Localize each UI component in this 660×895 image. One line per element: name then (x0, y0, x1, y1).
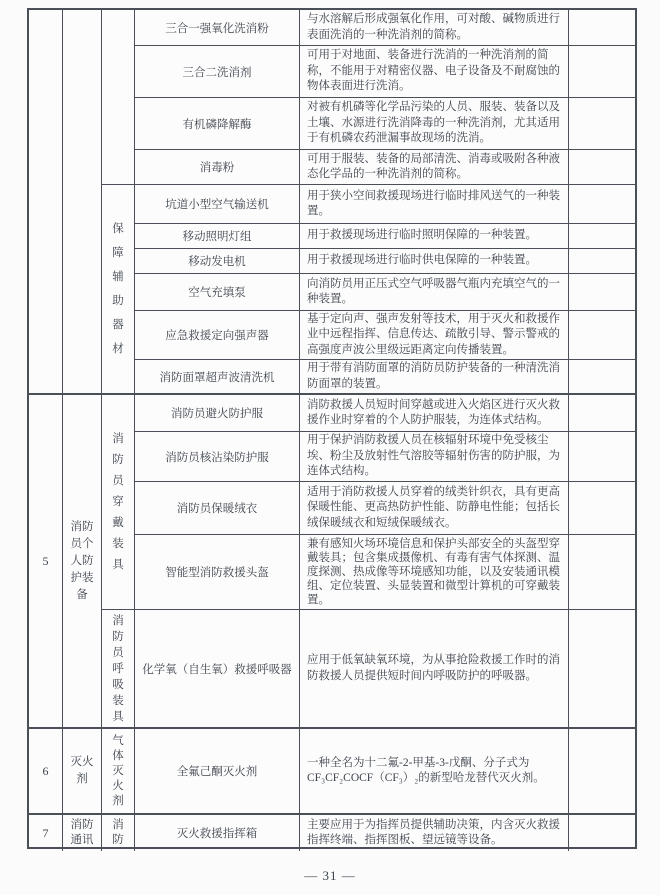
section-number-cell: 7 (29, 815, 63, 851)
remarks-cell (569, 815, 635, 851)
section-number-cell: 6 (29, 729, 63, 815)
subcategory-cell (102, 10, 135, 185)
category-cell: 消防员个人防护装备 (63, 395, 102, 729)
item-name-cell: 全氟己酮灭火剂 (135, 729, 300, 815)
remarks-cell (569, 249, 635, 274)
page-number: — 31 — (0, 868, 660, 884)
description-cell: 可用于服装、装备的局部清洗、消毒或吸附各种液态化学品的一种洗消剂的简称。 (300, 150, 569, 185)
subcategory-cell: 保障辅助器材 (102, 185, 135, 395)
equipment-table: 保障辅助器材 5 消防员个人防护装备 消防员穿戴装具 消防员呼吸装具 6 灭火剂… (27, 8, 637, 849)
description-cell: 主要应用于为指挥员提供辅助决策，内含灭火救援指挥终端、指挥图板、望远镜等设备。 (300, 815, 569, 851)
remarks-cell (569, 360, 635, 395)
remarks-cell (569, 98, 635, 150)
item-name-cell: 三合一强氧化洗消粉 (135, 10, 300, 46)
item-name-cell: 有机磷降解酶 (135, 98, 300, 150)
document-page: 保障辅助器材 5 消防员个人防护装备 消防员穿戴装具 消防员呼吸装具 6 灭火剂… (0, 0, 660, 895)
description-cell: 用于带有消防面罩的消防员防护装备的一种清洗消防面罩的装置。 (300, 360, 569, 395)
remarks-cell (569, 395, 635, 432)
description-cell: 基于定向声、强声发射等技术，用于灭火和救援作业中远程指挥、信息传达、疏散引导、警… (300, 311, 569, 360)
subcategory-cell: 消防员呼吸装具 (102, 610, 135, 729)
remarks-cell (569, 610, 635, 729)
section-number-cell (29, 10, 63, 395)
item-name-cell: 空气充填泵 (135, 274, 300, 311)
item-name-cell: 化学氧（自生氧）救援呼吸器 (135, 610, 300, 729)
item-name-cell: 坑道小型空气输送机 (135, 185, 300, 224)
description-cell: 一种全名为十二氟-2-甲基-3-戊酮、分子式为CF₃CF₂COCF（CF₃）₂的… (300, 729, 569, 815)
item-name-cell: 智能型消防救援头盔 (135, 535, 300, 610)
item-name-cell: 应急救援定向强声器 (135, 311, 300, 360)
description-cell: 对被有机磷等化学品污染的人员、服装、装备以及土壤、水源进行洗消降毒的一种洗消剂，… (300, 98, 569, 150)
item-name-cell: 消防员保暖绒衣 (135, 482, 300, 535)
remarks-cell (569, 274, 635, 311)
description-cell: 用于救援现场进行临时供电保障的一种装置。 (300, 249, 569, 274)
description-cell: 消防救援人员短时间穿越或进入火焰区进行灭火救援作业时穿着的个人防护服装，为连体式… (300, 395, 569, 432)
remarks-cell (569, 10, 635, 46)
item-name-cell: 灭火救援指挥箱 (135, 815, 300, 851)
item-name-cell: 移动发电机 (135, 249, 300, 274)
item-name-cell: 消毒粉 (135, 150, 300, 185)
remarks-cell (569, 432, 635, 482)
remarks-cell (569, 535, 635, 610)
category-cell: 消防通讯 (63, 815, 102, 851)
category-cell: 灭火剂 (63, 729, 102, 815)
subcategory-cell: 气体灭火剂 (102, 729, 135, 815)
subcategory-cell: 消防员穿戴装具 (102, 395, 135, 610)
description-cell: 与水溶解后形成强氧化作用，可对酸、碱物质进行表面洗消的一种洗消剂的简称。 (300, 10, 569, 46)
item-name-cell: 三合二洗消剂 (135, 46, 300, 98)
item-name-cell: 移动照明灯组 (135, 224, 300, 249)
remarks-cell (569, 729, 635, 815)
remarks-cell (569, 150, 635, 185)
item-name-cell: 消防面罩超声波清洗机 (135, 360, 300, 395)
item-name-cell: 消防员核沾染防护服 (135, 432, 300, 482)
remarks-cell (569, 311, 635, 360)
remarks-cell (569, 482, 635, 535)
description-cell: 用于救援现场进行临时照明保障的一种装置。 (300, 224, 569, 249)
description-cell: 应用于低氧缺氧环境，为从事抢险救援工作时的消防救援人员提供短时间内呼吸防护的呼吸… (300, 610, 569, 729)
remarks-cell (569, 224, 635, 249)
remarks-cell (569, 185, 635, 224)
description-cell: 用于保护消防救援人员在核辐射环境中免受核尘埃、粉尘及放射性气溶胶等辐射伤害的防护… (300, 432, 569, 482)
subcategory-cell: 消防 (102, 815, 135, 851)
description-cell: 适用于消防救援人员穿着的绒类针织衣，具有更高保暖性能、更高热防护性能、防静电性能… (300, 482, 569, 535)
section-number-cell: 5 (29, 395, 63, 729)
category-cell (63, 10, 102, 395)
description-cell: 向消防员用正压式空气呼吸器气瓶内充填空气的一种装置。 (300, 274, 569, 311)
description-cell: 用于狭小空间救援现场进行临时排风送气的一种装置。 (300, 185, 569, 224)
remarks-cell (569, 46, 635, 98)
description-cell: 可用于对地面、装备进行洗消的一种洗消剂的简称，不能用于对精密仪器、电子设备及不耐… (300, 46, 569, 98)
item-name-cell: 消防员避火防护服 (135, 395, 300, 432)
description-cell: 兼有感知火场环境信息和保护头部安全的头盔型穿戴装具；包含集成摄像机、有毒有害气体… (300, 535, 569, 610)
